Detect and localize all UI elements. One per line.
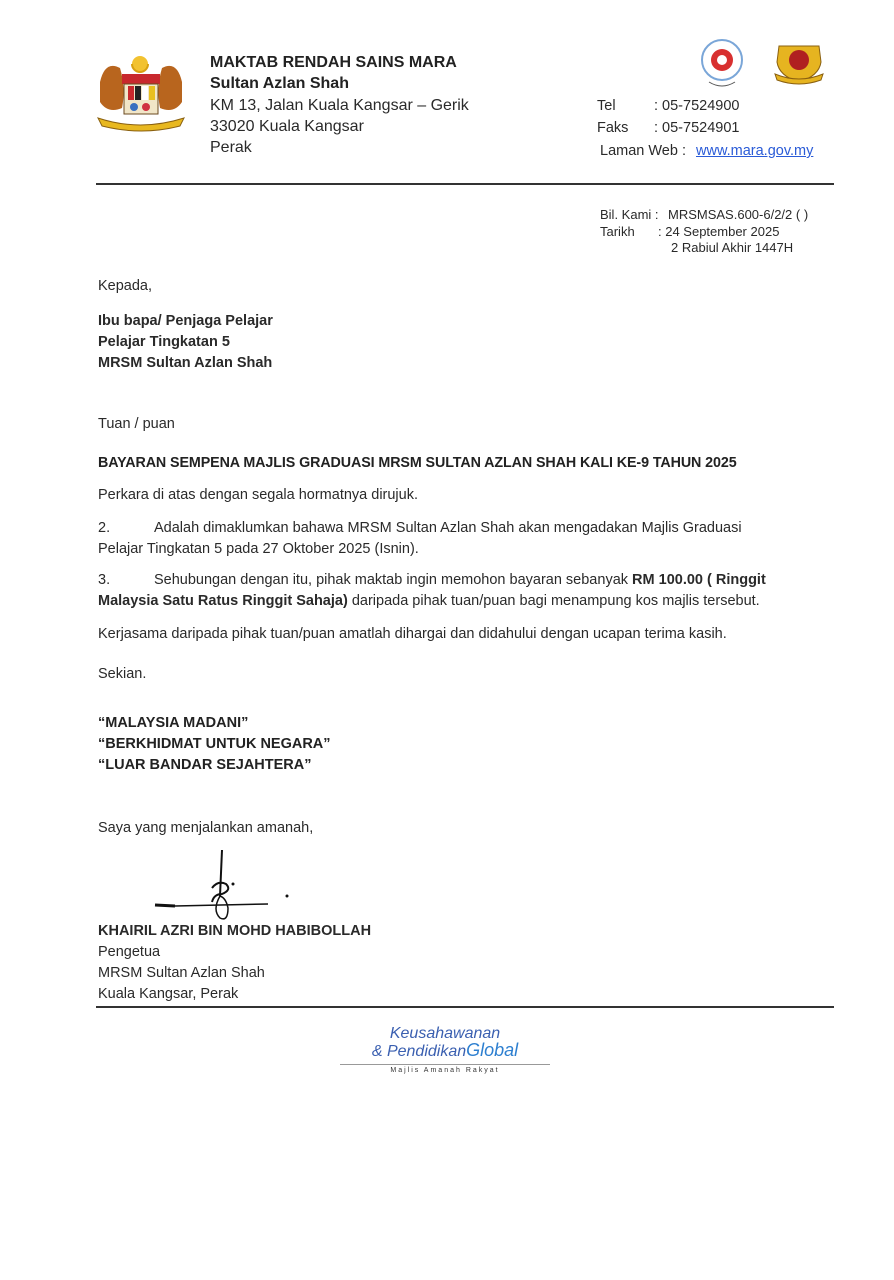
signatory-title: Pengetua [98, 942, 160, 963]
college-crest-logo [771, 40, 827, 88]
paragraph-3-number: 3. [98, 570, 154, 591]
address-line-1: KM 13, Jalan Kuala Kangsar – Gerik [210, 97, 469, 115]
letter-subject: BAYARAN SEMPENA MAJLIS GRADUASI MRSM SUL… [98, 455, 737, 471]
web-label: Laman Web : [600, 143, 686, 159]
footer-tagline: Majlis Amanah Rakyat [340, 1064, 550, 1074]
date-label: Tarikh [600, 224, 635, 239]
footer-slogan-logo: Keusahawanan & PendidikanGlobal Majlis A… [340, 1026, 550, 1074]
institution-name: MAKTAB RENDAH SAINS MARA [210, 54, 457, 72]
malaysia-coat-of-arms-logo [90, 52, 192, 134]
paragraph-2: 2.Adalah dimaklumkan bahawa MRSM Sultan … [98, 518, 828, 560]
recipient-line-1: Ibu bapa/ Penjaga Pelajar [98, 311, 273, 332]
fax-value: : 05-7524901 [654, 120, 739, 136]
tel-label: Tel [597, 98, 616, 114]
motto-1: “MALAYSIA MADANI” [98, 715, 248, 731]
footer-line-2-wrap: & PendidikanGlobal [340, 1042, 550, 1060]
signatory-org: MRSM Sultan Azlan Shah [98, 963, 265, 984]
footer-divider [96, 1006, 834, 1008]
address-line-2: 33020 Kuala Kangsar [210, 118, 364, 136]
paragraph-3-text: Sehubungan dengan itu, pihak maktab ingi… [154, 572, 632, 588]
signature-mark [150, 848, 300, 923]
tel-value: : 05-7524900 [654, 98, 739, 114]
header-divider [96, 183, 834, 185]
website-link[interactable]: www.mara.gov.my [696, 143, 813, 159]
signature-preamble: Saya yang menjalankan amanah, [98, 818, 313, 839]
paragraph-2-line-2: Pelajar Tingkatan 5 pada 27 Oktober 2025… [98, 541, 419, 557]
footer-global: Global [466, 1040, 518, 1060]
greeting: Tuan / puan [98, 414, 175, 435]
motto-3: “LUAR BANDAR SEJAHTERA” [98, 757, 311, 773]
campus-name: Sultan Azlan Shah [210, 75, 349, 93]
paragraph-3: 3.Sehubungan dengan itu, pihak maktab in… [98, 570, 838, 612]
recipient-line-2: Pelajar Tingkatan 5 [98, 332, 230, 353]
intro-paragraph: Perkara di atas dengan segala hormatnya … [98, 485, 418, 506]
recipient-line-3: MRSM Sultan Azlan Shah [98, 353, 272, 374]
hijri-date: 2 Rabiul Akhir 1447H [671, 240, 793, 255]
date-value: : 24 September 2025 [658, 224, 779, 239]
mrsm-gear-emblem-logo [697, 38, 747, 90]
footer-line-2: & Pendidikan [372, 1043, 466, 1060]
paragraph-3-tail: daripada pihak tuan/puan bagi menampung … [348, 593, 760, 609]
address-line-3: Perak [210, 139, 252, 157]
paragraph-2-number: 2. [98, 518, 154, 539]
signatory-name: KHAIRIL AZRI BIN MOHD HABIBOLLAH [98, 921, 371, 942]
motto-2: “BERKHIDMAT UNTUK NEGARA” [98, 736, 331, 752]
reference-label: Bil. Kami : [600, 207, 659, 222]
paragraph-2-line-1: Adalah dimaklumkan bahawa MRSM Sultan Az… [154, 520, 742, 536]
payment-amount-words: Malaysia Satu Ratus Ringgit Sahaja) [98, 593, 348, 609]
thanks-paragraph: Kerjasama daripada pihak tuan/puan amatl… [98, 624, 727, 645]
signatory-location: Kuala Kangsar, Perak [98, 984, 238, 1005]
fax-label: Faks [597, 120, 628, 136]
reference-number: MRSMSAS.600-6/2/2 ( ) [668, 207, 808, 222]
salutation-to: Kepada, [98, 276, 152, 297]
payment-amount: RM 100.00 ( Ringgit [632, 572, 766, 588]
closing: Sekian. [98, 664, 146, 685]
footer-line-1: Keusahawanan [340, 1026, 550, 1042]
